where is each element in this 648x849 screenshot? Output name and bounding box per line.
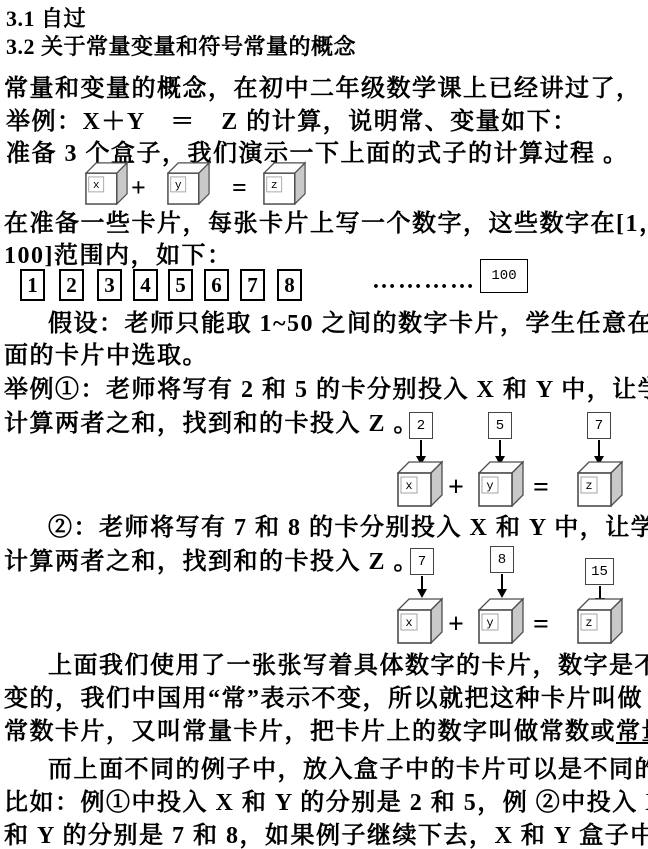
cube-x-icon: x — [397, 460, 443, 507]
cube-label-z: z — [585, 479, 592, 493]
value-card-2: 2 — [409, 412, 433, 439]
section-heading-3-1: 3.1 自过 — [6, 5, 86, 33]
number-card-8: 8 — [277, 269, 302, 301]
cube-z-icon: z — [263, 161, 306, 205]
paragraph-formula: 举例：X＋Y ＝ Z 的计算，说明常、变量如下： — [6, 108, 578, 136]
value-card-8: 8 — [490, 546, 514, 573]
paragraph-const-1: 上面我们使用了一张张写着具体数字的卡片，数字是不 — [48, 652, 648, 680]
number-card-2: 2 — [59, 269, 84, 301]
paragraph-example2-1: ②：老师将写有 7 和 8 的卡分别投入 X 和 Y 中，让学生 — [48, 514, 648, 542]
value-card-7: 7 — [410, 548, 434, 575]
paragraph-vary-2: 比如：例①中投入 X 和 Y 的分别是 2 和 5，例 ②中投入 X — [4, 789, 648, 817]
cube-z-icon: z — [577, 597, 623, 644]
paragraph-example1-1: 举例①：老师将写有 2 和 5 的卡分别投入 X 和 Y 中，让学生 — [4, 376, 648, 404]
cube-label-x: x — [405, 616, 412, 630]
paragraph-vary-1: 而上面不同的例子中，放入盒子中的卡片可以是不同的， — [48, 756, 648, 784]
paragraph-assume-2: 面的卡片中选取。 — [4, 342, 208, 370]
cube-label-y: y — [486, 616, 493, 630]
number-card-6: 6 — [204, 269, 229, 301]
arrow-down-icon — [421, 576, 423, 589]
value-card-7: 7 — [587, 412, 611, 439]
number-card-100: 100 — [480, 259, 528, 293]
number-card-7: 7 — [240, 269, 265, 301]
document-page: 3.1 自过 3.2 关于常量变量和符号常量的概念 常量和变量的概念，在初中二年… — [0, 0, 648, 849]
plus-operator: + — [131, 174, 146, 202]
cube-label-y: y — [175, 180, 182, 192]
paragraph-example2-2: 计算两者之和，找到和的卡投入 Z 。 — [4, 548, 419, 576]
const-3-text: 常数卡片，又叫常量卡片，把卡片上的数字叫做常数或 — [4, 719, 616, 745]
number-card-1: 1 — [20, 269, 45, 301]
number-card-3: 3 — [97, 269, 122, 301]
equals-operator: = — [533, 611, 549, 639]
equals-operator: = — [232, 174, 247, 202]
plus-operator: + — [448, 611, 464, 639]
paragraph-example1-2: 计算两者之和，找到和的卡投入 Z 。 — [4, 410, 419, 438]
value-card-15: 15 — [585, 558, 614, 585]
const-3-underlined-term: 常量 — [616, 719, 648, 745]
cube-label-z: z — [585, 616, 592, 630]
paragraph-const-2: 变的，我们中国用“常”表示不变，所以就把这种卡片叫做 — [4, 685, 643, 713]
cube-x-icon: x — [85, 161, 128, 205]
cube-z-icon: z — [577, 460, 623, 507]
arrow-down-icon — [499, 440, 501, 456]
section-heading-3-2: 3.2 关于常量变量和符号常量的概念 — [6, 33, 356, 61]
cube-y-icon: y — [167, 161, 210, 205]
cube-y-icon: y — [478, 460, 524, 507]
number-card-4: 4 — [133, 269, 158, 301]
ellipsis-dots: ………… — [372, 268, 476, 295]
paragraph-prepare-cards-1: 在准备一些卡片，每张卡片上写一个数字，这些数字在[1， — [4, 210, 648, 238]
cube-label-z: z — [271, 180, 278, 192]
cube-y-icon: y — [478, 597, 524, 644]
cube-label-x: x — [93, 180, 100, 192]
arrow-down-icon — [598, 440, 600, 456]
paragraph-intro: 常量和变量的概念，在初中二年级数学课上已经讲过了， — [4, 75, 642, 103]
equals-operator: = — [533, 474, 549, 502]
arrow-down-icon — [420, 440, 422, 456]
paragraph-assume-1: 假设：老师只能取 1~50 之间的数字卡片，学生任意在上 — [48, 310, 648, 338]
cube-x-icon: x — [397, 597, 443, 644]
value-card-5: 5 — [488, 412, 512, 439]
cube-label-y: y — [486, 479, 493, 493]
paragraph-vary-3: 和 Y 的分别是 7 和 8，如果例子继续下去，X 和 Y 盒子中老 — [4, 822, 648, 849]
cube-label-x: x — [405, 479, 412, 493]
number-card-5: 5 — [168, 269, 193, 301]
arrow-down-icon — [501, 574, 503, 589]
plus-operator: + — [448, 474, 464, 502]
paragraph-prepare-cards-2: 100]范围内，如下： — [4, 242, 233, 270]
paragraph-const-3: 常数卡片，又叫常量卡片，把卡片上的数字叫做常数或常量。 — [4, 718, 648, 746]
